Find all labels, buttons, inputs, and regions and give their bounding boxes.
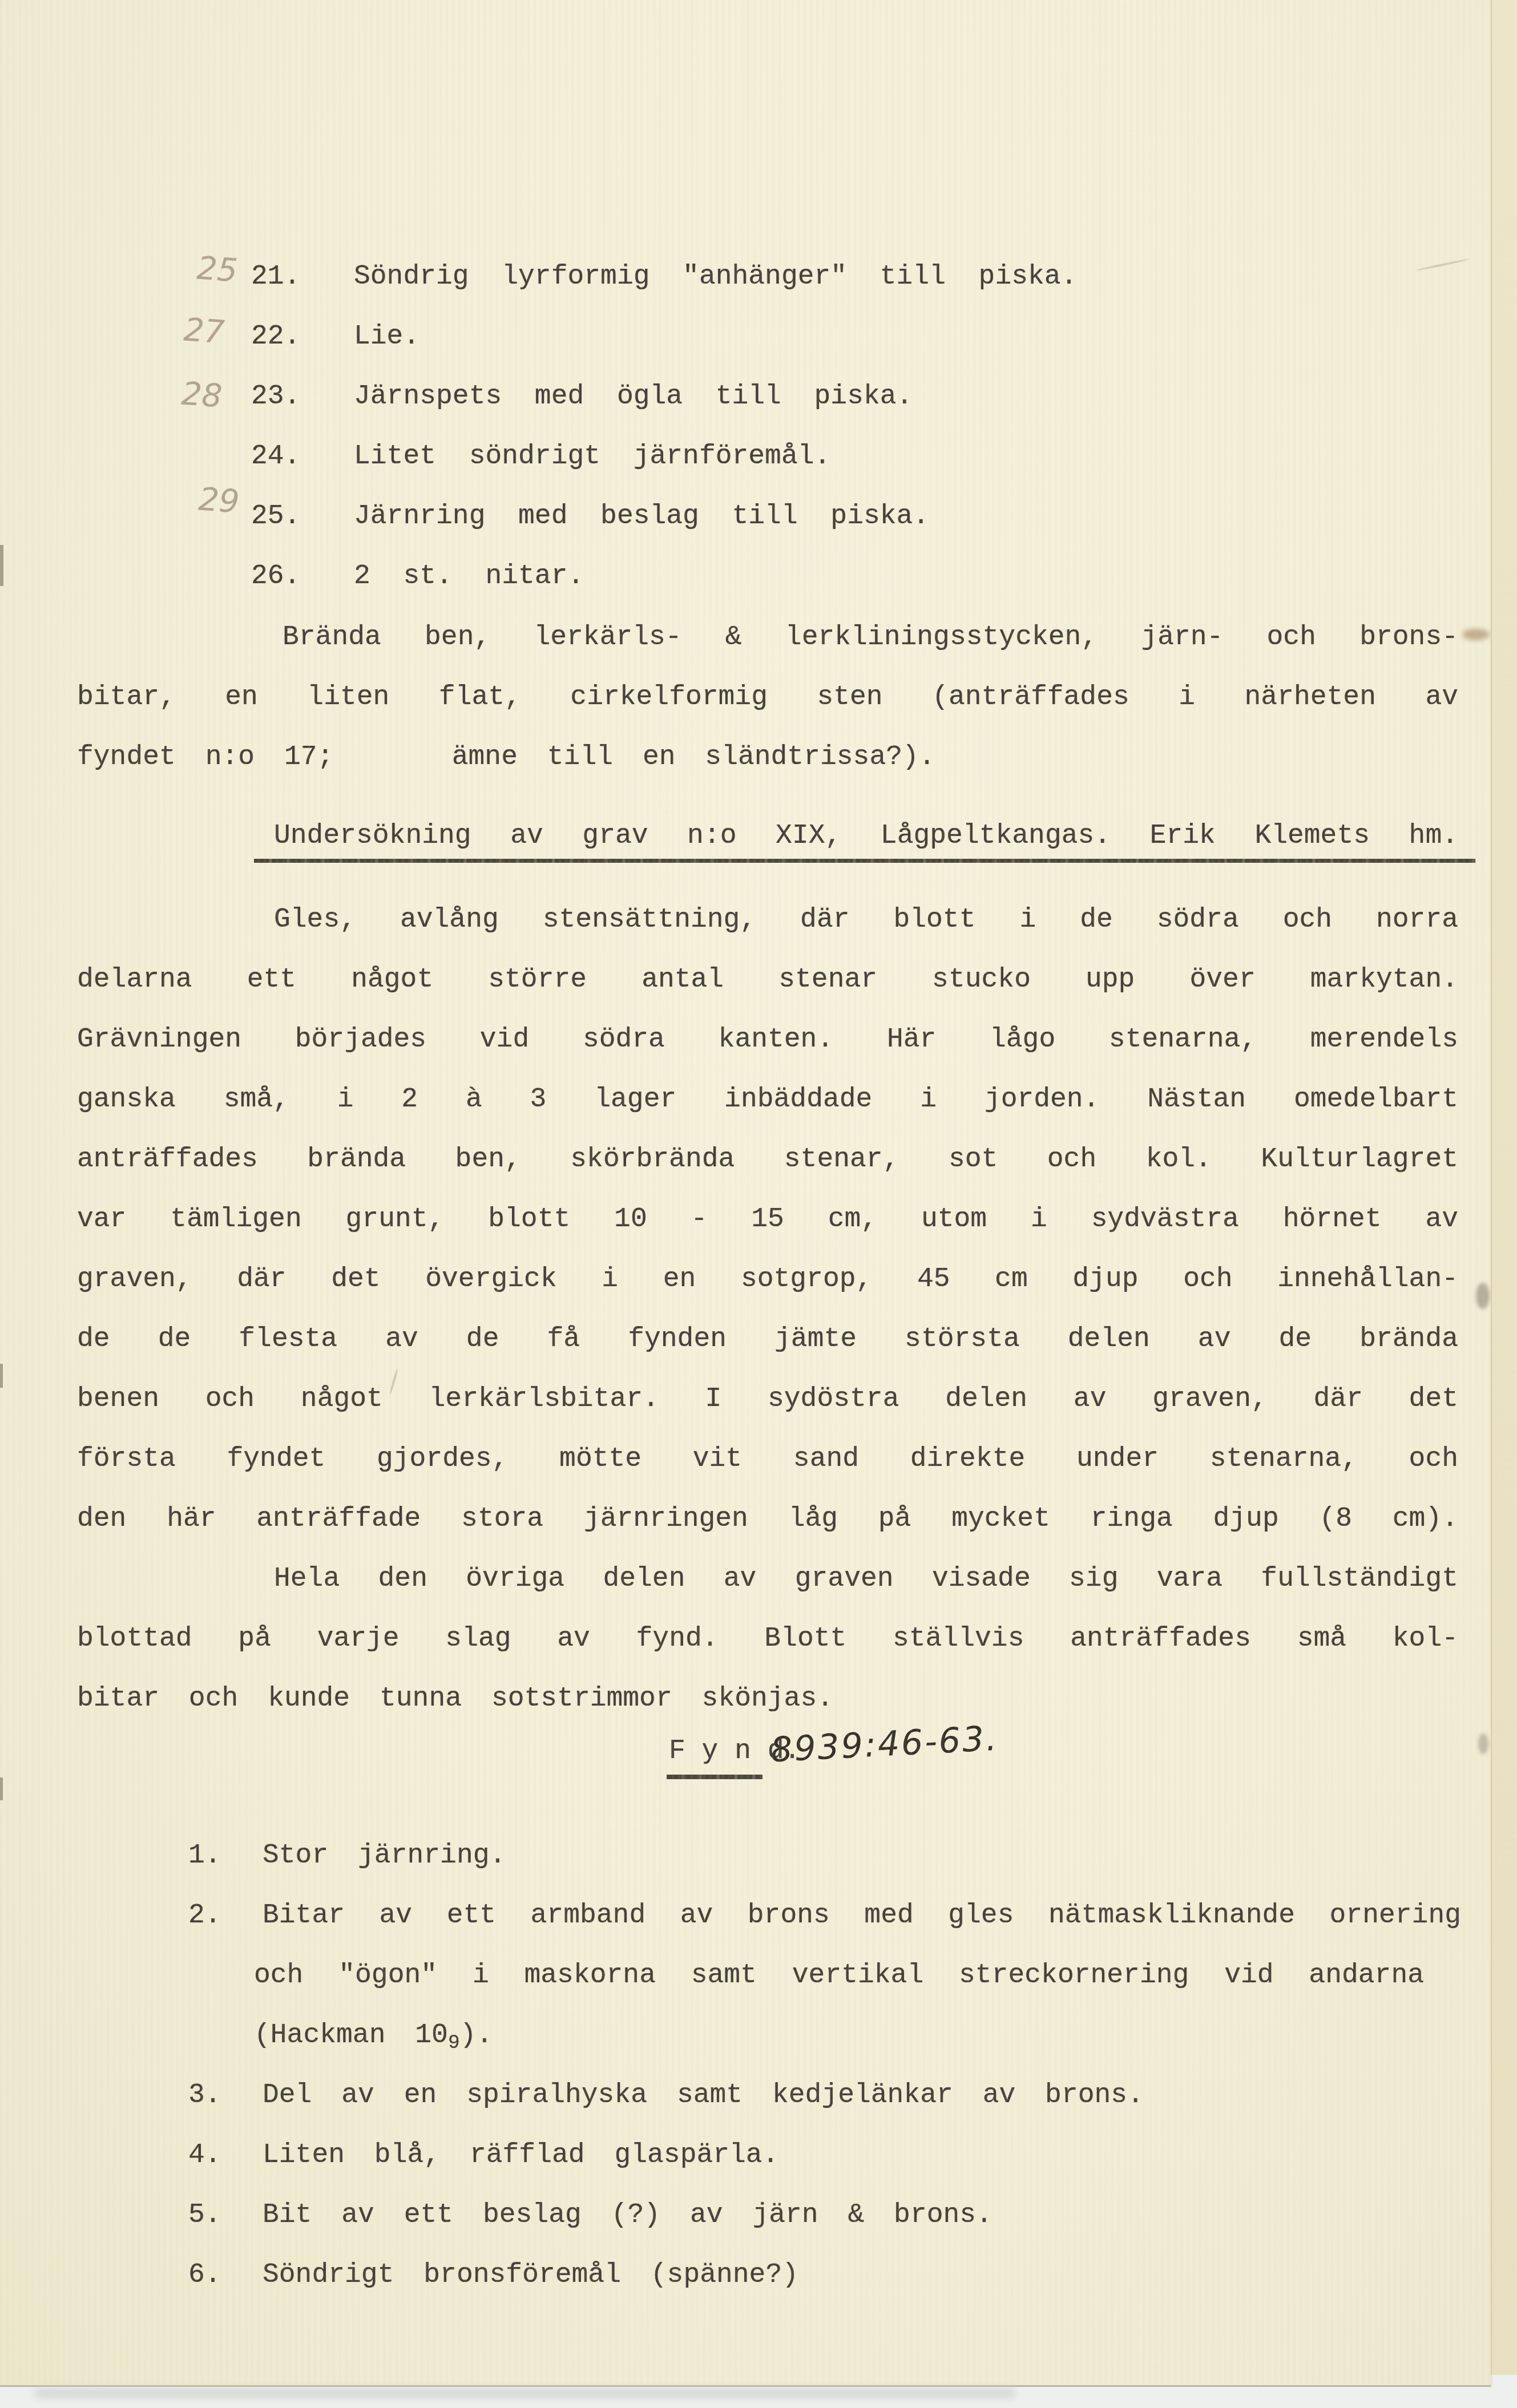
find-text: Liten blå, räfflad glaspärla. bbox=[263, 2140, 778, 2171]
item-number: 23. bbox=[251, 381, 300, 412]
pencil-stroke-artifact bbox=[1416, 258, 1470, 272]
item-number: 26. bbox=[251, 561, 300, 592]
find-text: Del av en spiralhyska samt kedjelänkar a… bbox=[263, 2080, 1144, 2111]
paragraph-line: var tämligen grunt, blott 10 - 15 cm, ut… bbox=[77, 1204, 1458, 1235]
item-text: Järnring med beslag till piska. bbox=[354, 501, 929, 532]
item-number: 22. bbox=[251, 321, 300, 352]
find-number: 2. bbox=[188, 1900, 221, 1931]
paragraph-line: anträffades brända ben, skörbrända stena… bbox=[77, 1144, 1458, 1175]
find-number: 1. bbox=[188, 1840, 221, 1871]
stain bbox=[1476, 1283, 1490, 1309]
fynd-heading-underline bbox=[667, 1775, 762, 1779]
find-number: 5. bbox=[188, 2200, 221, 2231]
paragraph-line: Brända ben, lerkärls- & lerkliningsstyck… bbox=[283, 622, 1458, 653]
find-number: 6. bbox=[188, 2260, 221, 2290]
paragraph-line: bitar, en liten flat, cirkelformig sten … bbox=[77, 682, 1458, 713]
paragraph-line: den här anträffade stora järnringen låg … bbox=[77, 1504, 1458, 1534]
item-text: Lie. bbox=[354, 321, 419, 352]
scan-edge-mark bbox=[0, 1364, 3, 1388]
find-text: (Hackman 109). bbox=[254, 2020, 493, 2054]
item-number: 25. bbox=[251, 501, 300, 532]
find-text: och "ögon" i maskorna samt vertikal stre… bbox=[254, 1960, 1424, 1991]
stain bbox=[1462, 629, 1490, 640]
find-text: Bit av ett beslag (?) av järn & brons. bbox=[263, 2200, 992, 2231]
hackman-reference: (Hackman 10 bbox=[254, 2020, 448, 2051]
paragraph-line: Hela den övriga delen av graven visade s… bbox=[274, 1563, 1458, 1594]
item-text: Litet söndrigt järnföremål. bbox=[354, 441, 830, 472]
hackman-reference-close: ). bbox=[460, 2020, 493, 2051]
item-number: 21. bbox=[251, 261, 300, 292]
scanner-shadow bbox=[34, 2389, 1016, 2398]
item-text: Järnspets med ögla till piska. bbox=[354, 381, 913, 412]
adjacent-page-edge bbox=[1491, 0, 1517, 2375]
pencil-margin-note: 25 bbox=[196, 250, 239, 290]
scanned-page: 25 21. Söndrig lyrformig "anhänger" till… bbox=[0, 0, 1491, 2387]
paragraph-line: Gles, avlång stensättning, där blott i d… bbox=[274, 904, 1458, 935]
find-text: Stor järnring. bbox=[263, 1840, 506, 1871]
scan-edge-mark bbox=[0, 1777, 3, 1800]
item-number: 24. bbox=[251, 441, 300, 472]
paragraph-line: fyndet n:o 17; ämne till en sländtrissa?… bbox=[77, 742, 935, 773]
paragraph-line: ganska små, i 2 à 3 lager inbäddade i jo… bbox=[77, 1084, 1458, 1115]
pencil-margin-note: 28 bbox=[180, 375, 224, 415]
hackman-subscript: 9 bbox=[448, 2032, 460, 2054]
paragraph-line: Grävningen börjades vid södra kanten. Hä… bbox=[77, 1024, 1458, 1055]
item-text: Söndrig lyrformig "anhänger" till piska. bbox=[354, 261, 1077, 292]
scan-edge-mark bbox=[0, 545, 3, 586]
pencil-margin-note: 29 bbox=[197, 481, 241, 521]
paragraph-line: graven, där det övergick i en sotgrop, 4… bbox=[77, 1264, 1458, 1295]
paragraph-line: bitar och kunde tunna sotstrimmor skönja… bbox=[77, 1683, 833, 1714]
paragraph-line: blottad på varje slag av fynd. Blott stä… bbox=[77, 1623, 1458, 1654]
find-number: 4. bbox=[188, 2140, 221, 2171]
paragraph-line: delarna ett något större antal stenar st… bbox=[77, 964, 1458, 995]
item-text: 2 st. nitar. bbox=[354, 561, 584, 592]
stain bbox=[1478, 1734, 1488, 1754]
section-heading: Undersökning av grav n:o XIX, Lågpeltkan… bbox=[274, 821, 1458, 851]
find-number: 3. bbox=[188, 2080, 221, 2111]
paragraph-line: första fyndet gjordes, mötte vit sand di… bbox=[77, 1444, 1458, 1474]
paragraph-line: de de flesta av de få fynden jämte störs… bbox=[77, 1324, 1458, 1355]
paragraph-line: benen och något lerkärlsbitar. I sydöstr… bbox=[77, 1384, 1458, 1415]
heading-underline bbox=[254, 859, 1475, 863]
find-text: Bitar av ett armband av brons med gles n… bbox=[263, 1900, 1461, 1931]
pencil-margin-note: 27 bbox=[183, 312, 226, 351]
fynd-annotation-handwritten: 8939:46-63. bbox=[769, 1719, 999, 1771]
find-text: Söndrigt bronsföremål (spänne?) bbox=[263, 2260, 798, 2290]
